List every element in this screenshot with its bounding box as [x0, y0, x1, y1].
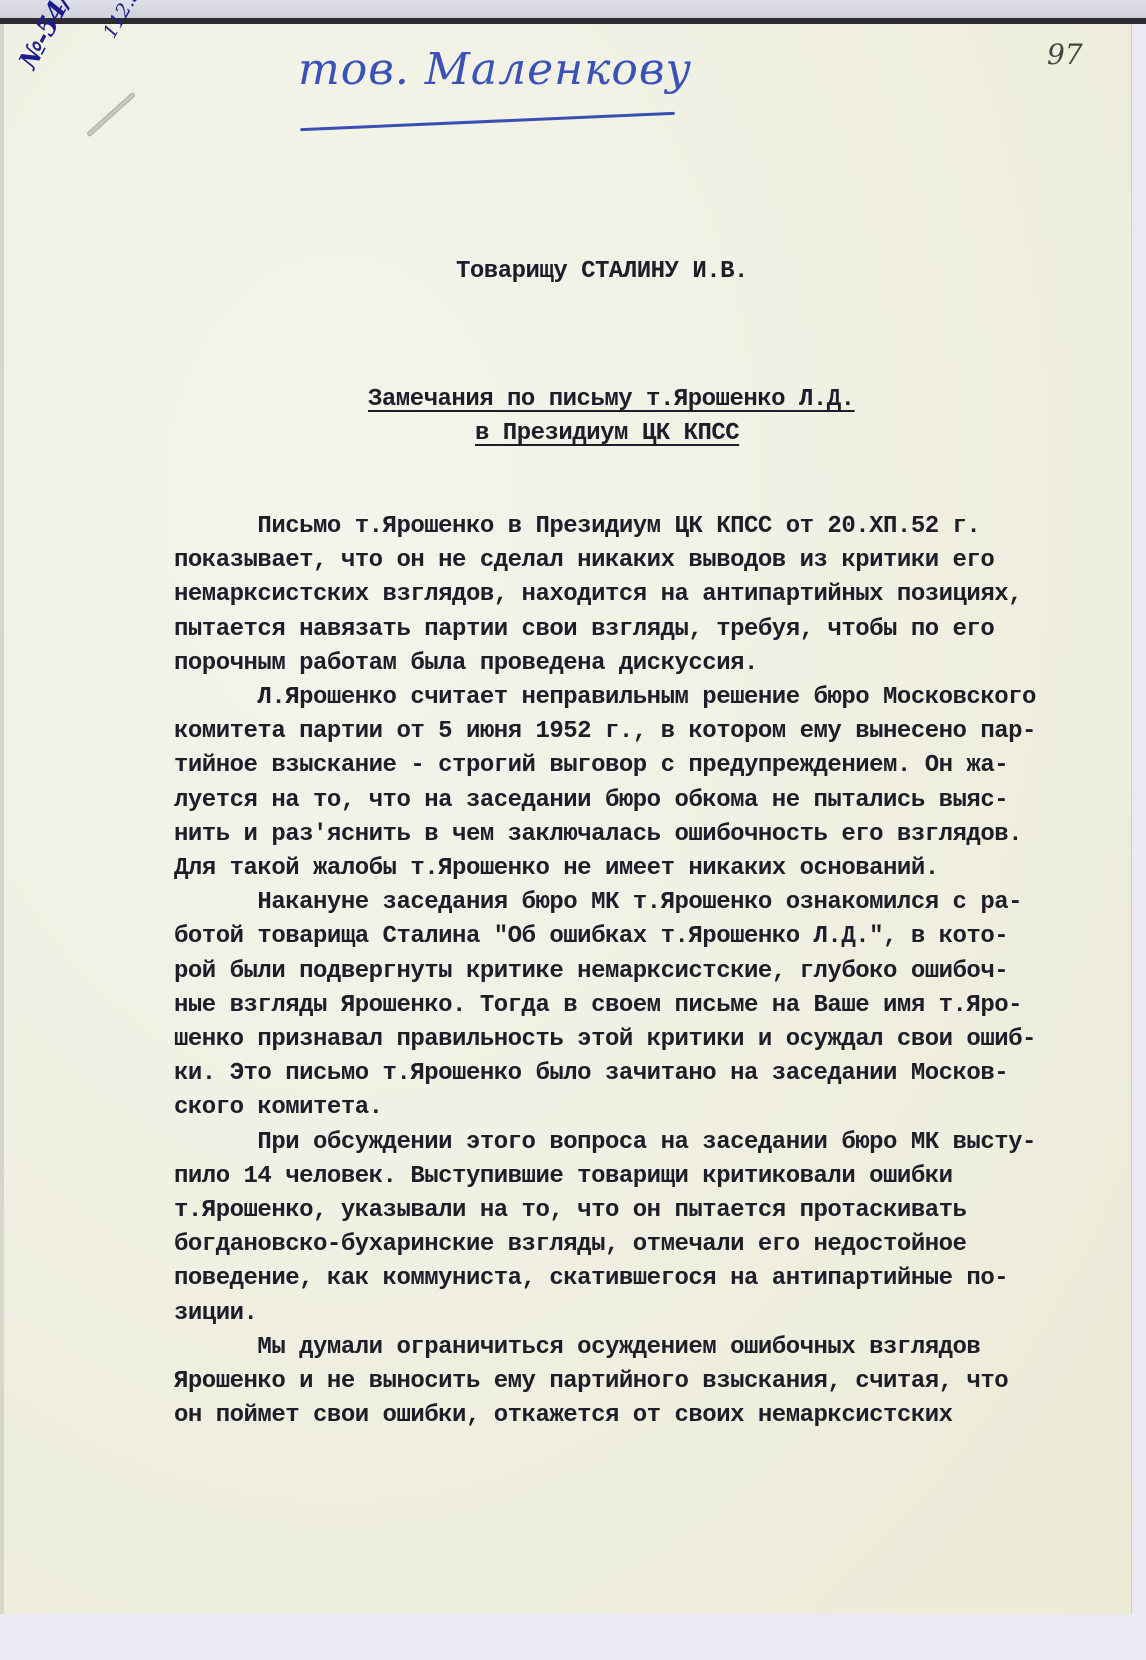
body-line: ского комитета.: [174, 1091, 1036, 1125]
body-line: немарксистских взглядов, находится на ан…: [174, 578, 1036, 612]
body-line: Ярошенко и не выносить ему партийного вз…: [174, 1365, 1036, 1399]
body-line: ботой товарища Сталина "Об ошибках т.Яро…: [174, 920, 1036, 954]
document-body: Письмо т.Ярошенко в Президиум ЦК КПСС от…: [174, 510, 1036, 1433]
addressee-line: Товарищу СТАЛИНУ И.В.: [456, 258, 748, 285]
body-line: т.Ярошенко, указывали на то, что он пыта…: [174, 1194, 1036, 1228]
body-line: пило 14 человек. Выступившие товарищи кр…: [174, 1160, 1036, 1194]
body-line: Л.Ярошенко считает неправильным решение …: [174, 681, 1036, 715]
body-line: он поймет свои ошибки, откажется от свои…: [174, 1399, 1036, 1433]
body-line: тийное взыскание - строгий выговор с пре…: [174, 749, 1036, 783]
page-number: 97: [1047, 38, 1083, 71]
body-line: Письмо т.Ярошенко в Президиум ЦК КПСС от…: [174, 510, 1036, 544]
body-line: комитета партии от 5 июня 1952 г., в кот…: [174, 715, 1036, 749]
body-line: Для такой жалобы т.Ярошенко не имеет ник…: [174, 852, 1036, 886]
body-line: ки. Это письмо т.Ярошенко было зачитано …: [174, 1057, 1036, 1091]
body-line: пытается навязать партии свои взгляды, т…: [174, 613, 1036, 647]
body-line: луется на то, что на заседании бюро обко…: [174, 784, 1036, 818]
body-line: рой были подвергнуты критике немарксистс…: [174, 955, 1036, 989]
body-line: Накануне заседания бюро МК т.Ярошенко оз…: [174, 886, 1036, 920]
body-line: ные взгляды Ярошенко. Тогда в своем пись…: [174, 989, 1036, 1023]
body-line: зиции.: [174, 1297, 1036, 1331]
body-line: нить и раз'яснить в чем заключалась ошиб…: [174, 818, 1036, 852]
body-line: поведение, как коммуниста, скатившегося …: [174, 1262, 1036, 1296]
document-title-line-2: в Президиум ЦК КПСС: [475, 420, 739, 447]
scanner-bed-top: [0, 0, 1146, 18]
handwritten-addressee: тов. Маленкову: [298, 44, 692, 95]
body-line: порочным работам была проведена дискусси…: [174, 647, 1036, 681]
page-left-edge: [0, 24, 4, 1614]
document-title-line-1: Замечания по письму т.Ярошенко Л.Д.: [368, 386, 855, 413]
body-line: богдановско-бухаринские взгляды, отмечал…: [174, 1228, 1036, 1262]
body-line: Мы думали ограничиться осуждением ошибоч…: [174, 1331, 1036, 1365]
body-line: показывает, что он не сделал никаких выв…: [174, 544, 1036, 578]
body-line: шенко признавал правильность этой критик…: [174, 1023, 1036, 1057]
body-line: При обсуждении этого вопроса на заседани…: [174, 1126, 1036, 1160]
